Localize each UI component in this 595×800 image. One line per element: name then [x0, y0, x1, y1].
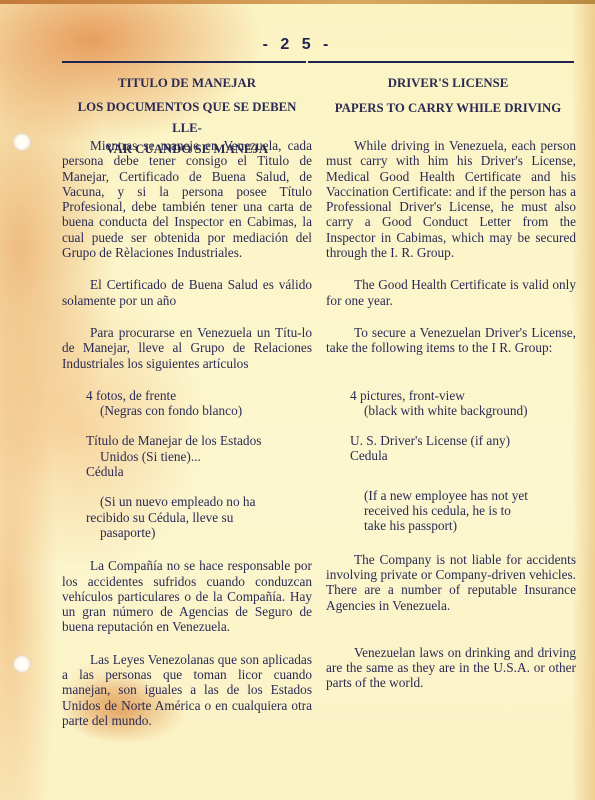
english-paragraph-2: The Good Health Certificate is valid onl…: [326, 277, 576, 308]
page-number: - 2 5 -: [0, 36, 595, 54]
english-column: DRIVER'S LICENSE PAPERS TO CARRY WHILE D…: [323, 74, 573, 117]
header-rule-left: [62, 61, 306, 63]
english-paragraph-3: To secure a Venezuelan Driver's License,…: [326, 325, 576, 356]
spanish-title: TITULO DE MANEJAR: [62, 76, 312, 91]
english-paragraph-4: The Company is not liable for accidents …: [326, 552, 576, 613]
spanish-passport-note-1: (Si un nuevo empleado no ha: [62, 494, 312, 509]
spanish-subtitle-line-1: LOS DOCUMENTOS QUE SE DEBEN LLE-: [62, 97, 312, 139]
english-body: While driving in Venezuela, each person …: [326, 138, 576, 691]
english-passport-note-1: (If a new employee has not yet: [326, 488, 576, 503]
spanish-item-photos-note: (Negras con fondo blanco): [62, 403, 312, 418]
english-passport-note-3: take his passport): [326, 518, 576, 533]
spanish-passport-note-2: recibido su Cédula, lleve su: [62, 510, 312, 525]
page-top-edge: [0, 0, 595, 4]
spanish-item-cedula: Cédula: [62, 464, 312, 479]
english-item-us-license: U. S. Driver's License (if any): [326, 433, 576, 448]
english-paragraph-5: Venezuelan laws on drinking and driving …: [326, 645, 576, 691]
spanish-item-photos: 4 fotos, de frente: [62, 388, 312, 403]
english-item-photos-note: (black with white background): [326, 403, 576, 418]
spanish-paragraph-5: Las Leyes Venezolanas que son aplicadas …: [62, 652, 312, 728]
spanish-item-us-license-1: Título de Manejar de los Estados: [62, 433, 312, 448]
spanish-paragraph-4: La Compañía no se hace responsable por l…: [62, 558, 312, 634]
english-paragraph-1: While driving in Venezuela, each person …: [326, 138, 576, 260]
spanish-body: Mientras se maneje en Venezuela, cada pe…: [62, 138, 312, 728]
header-rule-right: [308, 61, 574, 63]
punch-hole-bottom: [13, 655, 31, 673]
spanish-paragraph-1: Mientras se maneje en Venezuela, cada pe…: [62, 138, 312, 260]
spanish-paragraph-2: El Certificado de Buena Salud es válido …: [62, 277, 312, 308]
spanish-item-us-license-2: Unidos (Si tiene)...: [62, 449, 312, 464]
punch-hole-top: [13, 133, 31, 151]
english-title: DRIVER'S LICENSE: [323, 76, 573, 91]
english-item-photos: 4 pictures, front-view: [326, 388, 576, 403]
english-item-cedula: Cedula: [326, 448, 576, 463]
spanish-paragraph-3: Para procurarse en Venezuela un Títu-lo …: [62, 325, 312, 371]
english-subtitle: PAPERS TO CARRY WHILE DRIVING: [323, 101, 573, 116]
spanish-passport-note-3: pasaporte): [62, 525, 312, 540]
english-passport-note-2: received his cedula, he is to: [326, 503, 576, 518]
